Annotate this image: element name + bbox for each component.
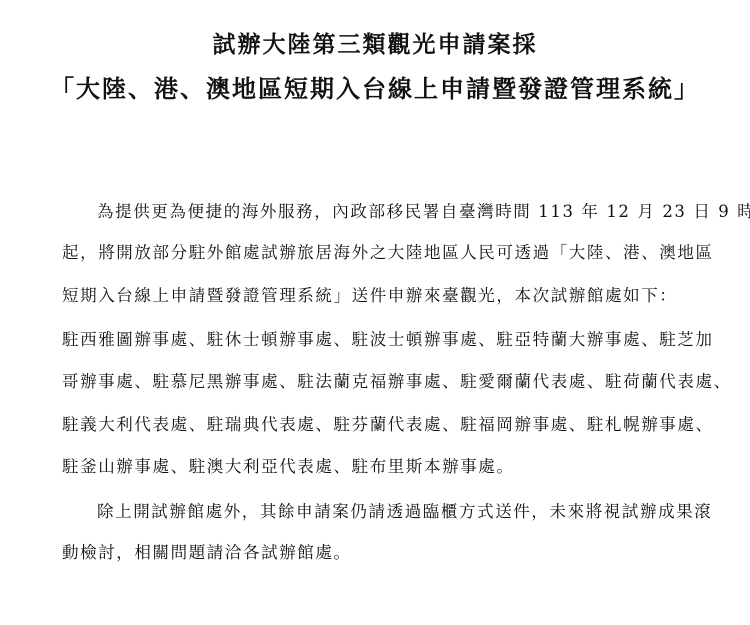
offices-line: 哥辦事處、駐慕尼黑辦事處、駐法蘭克福辦事處、駐愛爾蘭代表處、駐荷蘭代表處、	[62, 372, 682, 392]
document-title-line-1: 試辦大陸第三類觀光申請案採	[0, 26, 750, 59]
paragraph-line: 短期入台線上申請暨發證管理系統」送件申辦來臺觀光，本次試辦館處如下：	[62, 286, 682, 306]
paragraph-line: 動檢討，相關問題請洽各試辦館處。	[62, 543, 682, 563]
paragraph-line: 起，將開放部分駐外館處試辦旅居海外之大陸地區人民可透過「大陸、港、澳地區	[62, 243, 682, 263]
paragraph-line: 為提供更為便捷的海外服務，內政部移民署自臺灣時間 113 年 12 月 23 日…	[97, 202, 717, 222]
offices-line: 駐西雅圖辦事處、駐休士頓辦事處、駐波士頓辦事處、駐亞特蘭大辦事處、駐芝加	[62, 330, 682, 350]
offices-line: 駐釜山辦事處、駐澳大利亞代表處、駐布里斯本辦事處。	[62, 457, 682, 477]
paragraph-line: 除上開試辦館處外，其餘申請案仍請透過臨櫃方式送件，未來將視試辦成果滾	[97, 502, 717, 522]
offices-line: 駐義大利代表處、駐瑞典代表處、駐芬蘭代表處、駐福岡辦事處、駐札幌辦事處、	[62, 415, 682, 435]
document-title-line-2: 「大陸、港、澳地區短期入台線上申請暨發證管理系統」	[0, 69, 750, 104]
